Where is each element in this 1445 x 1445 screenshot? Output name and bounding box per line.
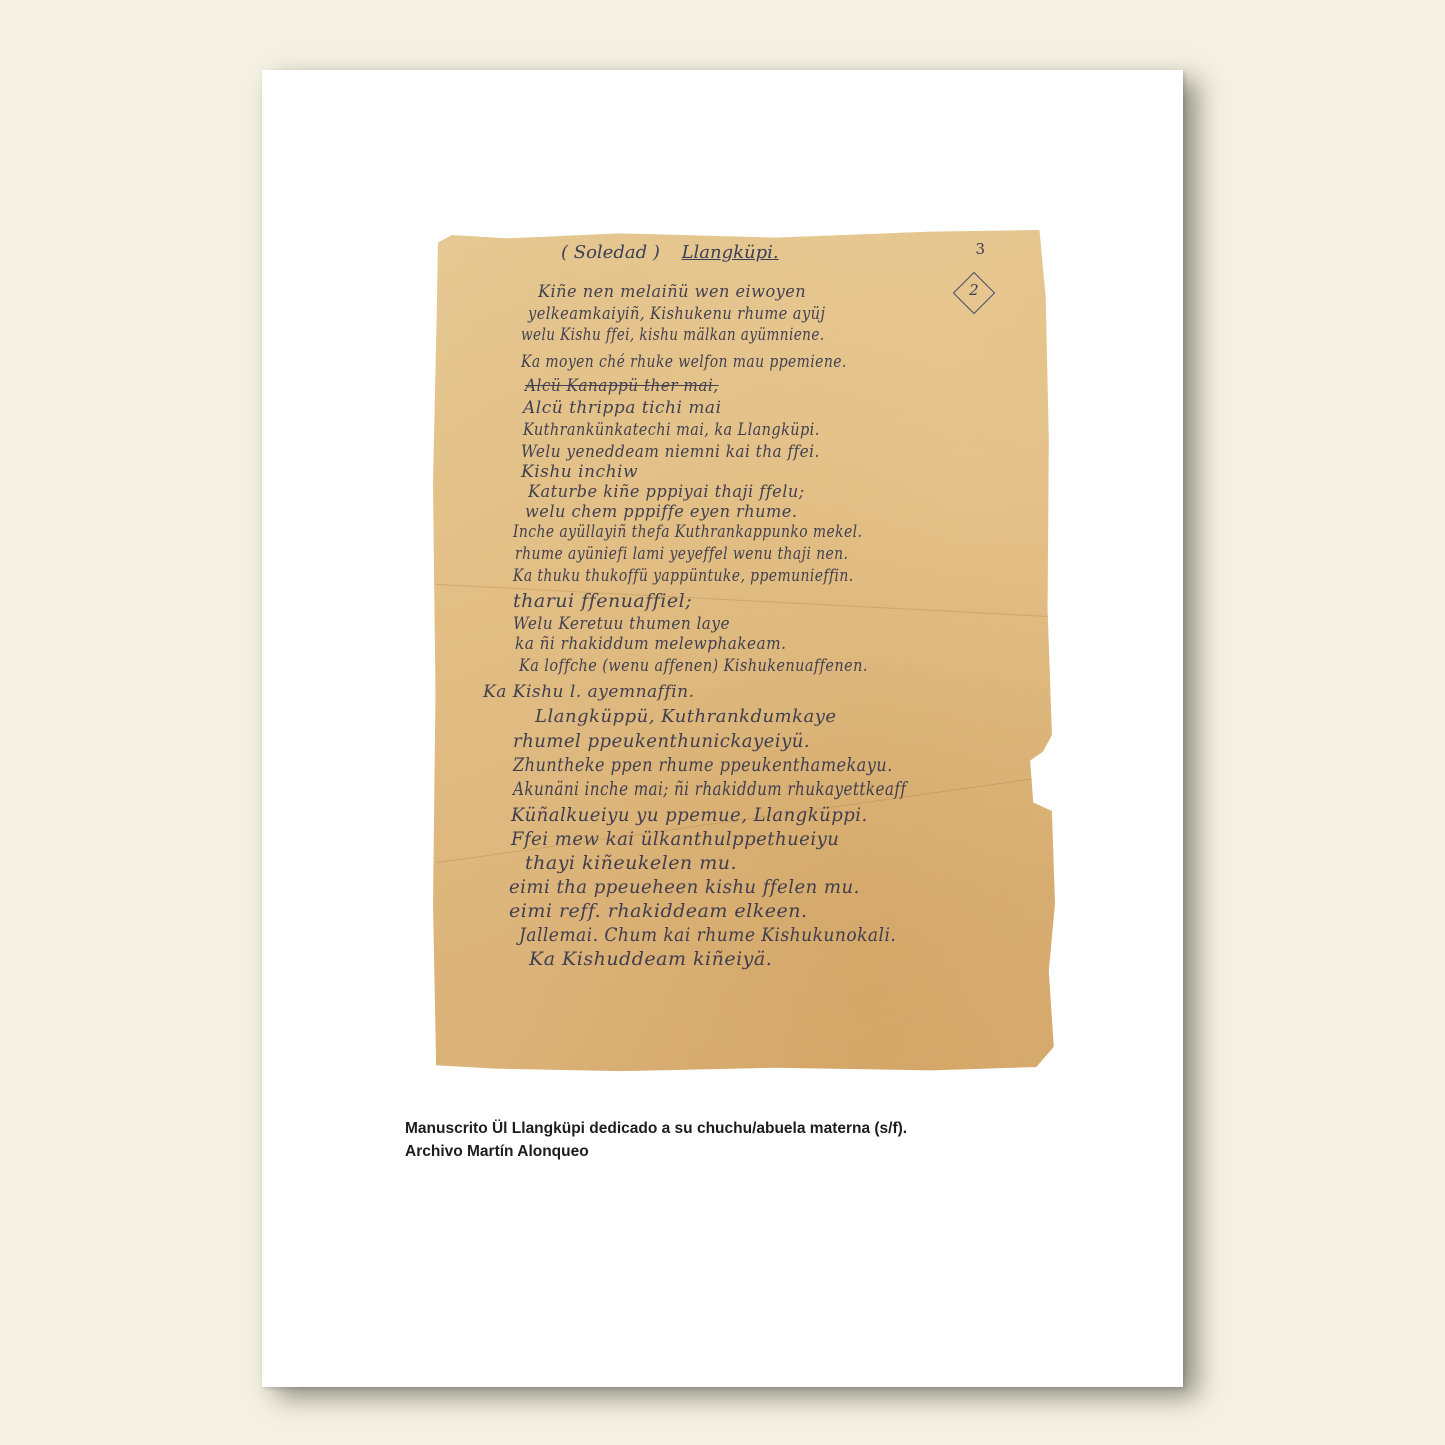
manuscript-line: eimi tha ppeueheen kishu ffelen mu.: [509, 876, 860, 898]
manuscript-line: Alcü thrippa tichi mai: [523, 398, 722, 418]
document-page: ( Soledad ) Llangküpi. 3 2 Kiñe nen mela…: [262, 70, 1183, 1387]
manuscript-line: Küñalkueiyu yu ppemue, Llangküppi.: [511, 804, 868, 826]
manuscript-line: Ka Kishu l. ayemnaffin.: [483, 682, 695, 702]
manuscript-line: Welu Keretuu thumen laye: [513, 614, 730, 634]
manuscript-line: Ka moyen ché rhuke welfon mau ppemiene.: [521, 352, 847, 372]
manuscript-line: thayi kiñeukelen mu.: [525, 852, 737, 874]
manuscript-line: Welu yeneddeam niemni kai tha ffei.: [521, 442, 820, 462]
manuscript-line: Llangküppü, Kuthrankdumkaye: [535, 706, 837, 727]
manuscript-line: Kuthrankünkatechi mai, ka Llangküpi.: [523, 420, 820, 440]
manuscript-line: rhume ayüniefi lami yeyeffel wenu thaji …: [515, 544, 848, 564]
manuscript-line: Alcü Kanappü ther mai,: [525, 376, 719, 396]
manuscript-page-number: 3: [975, 240, 985, 258]
manuscript-boxed-number: 2: [953, 272, 995, 314]
manuscript-line: tharui ffenuaffiel;: [513, 590, 692, 612]
manuscript-image: ( Soledad ) Llangküpi. 3 2 Kiñe nen mela…: [433, 230, 1055, 1072]
caption-description: Manuscrito Ül Llangküpi dedicado a su ch…: [405, 1117, 907, 1140]
manuscript-line: Inche ayüllayiñ thefa Kuthrankappunko me…: [513, 522, 862, 542]
manuscript-line: welu Kishu ffei, kishu mälkan ayümniene.: [521, 325, 825, 345]
manuscript-line: Ka thuku thukoffü yappüntuke, ppemunieff…: [513, 566, 854, 586]
manuscript-line: Zhuntheke ppen rhume ppeukenthamekayu.: [513, 754, 893, 776]
manuscript-line: yelkeamkaiyiñ, Kishukenu rhume ayüj: [528, 304, 825, 324]
manuscript-line: ka ñi rhakiddum melewphakeam.: [515, 634, 786, 654]
manuscript-line: Ka loffche (wenu affenen) Kishukenuaffen…: [519, 656, 868, 676]
manuscript-line: Akunäni inche mai; ñi rhakiddum rhukayet…: [513, 778, 906, 800]
caption-source: Archivo Martín Alonqueo: [405, 1140, 907, 1163]
manuscript-line: welu chem pppiffe eyen rhume.: [525, 502, 797, 522]
manuscript-line: Katurbe kiñe pppiyai thaji ffelu;: [528, 482, 805, 502]
manuscript-header: ( Soledad ) Llangküpi.: [561, 242, 779, 263]
manuscript-title: Llangküpi.: [682, 242, 779, 263]
manuscript-line: eimi reff. rhakiddeam elkeen.: [509, 900, 808, 922]
figure-caption: Manuscrito Ül Llangküpi dedicado a su ch…: [405, 1117, 907, 1163]
manuscript-line: Ffei mew kai ülkanthulppethueiyu: [511, 828, 839, 850]
manuscript-line: rhumel ppeukenthunickayeiyü.: [513, 730, 810, 752]
manuscript-line: Kiñe nen melaiñü wen eiwoyen: [538, 282, 806, 302]
manuscript-line: Ka Kishuddeam kiñeiyä.: [529, 948, 772, 970]
manuscript-line: Kishu inchiw: [521, 462, 638, 482]
manuscript-bracketed-name: ( Soledad ): [561, 242, 660, 263]
manuscript-line: Jallemai. Chum kai rhume Kishukunokali.: [519, 924, 896, 946]
